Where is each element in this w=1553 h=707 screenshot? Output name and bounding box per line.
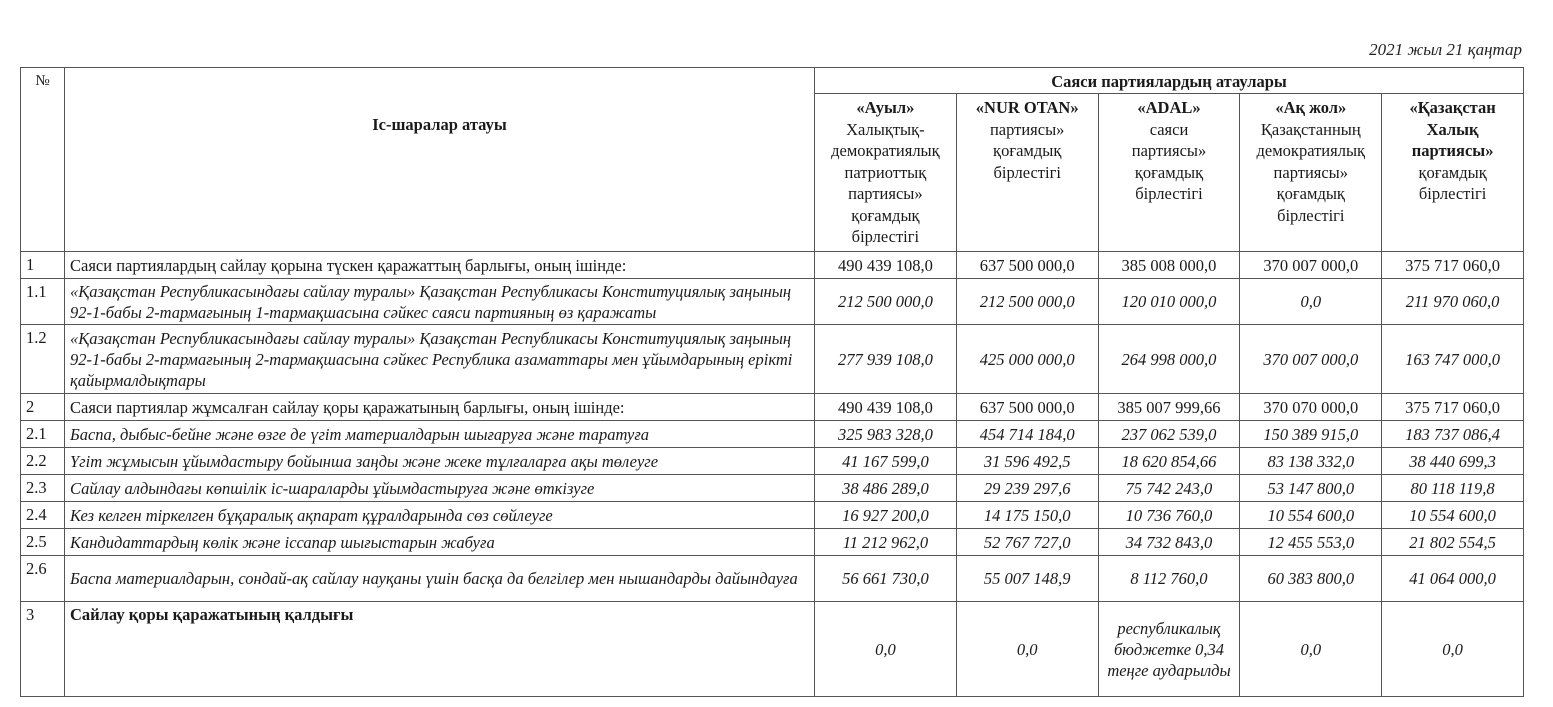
row-value-party-1: 41 167 599,0: [815, 448, 957, 475]
row-value-party-4: 370 007 000,0: [1240, 325, 1382, 394]
row-value-party-3: 10 736 760,0: [1098, 502, 1240, 529]
row-number: 2.5: [21, 529, 65, 556]
table-row: 1Саяси партиялардың сайлау қорына түскен…: [21, 252, 1524, 279]
party-name-line: қоғамдық: [1387, 162, 1518, 184]
row-number: 2.1: [21, 421, 65, 448]
row-number: 1.2: [21, 325, 65, 394]
row-value-party-4: 60 383 800,0: [1240, 556, 1382, 602]
row-value-party-5: 38 440 699,3: [1382, 448, 1524, 475]
row-value-party-3: 120 010 000,0: [1098, 279, 1240, 325]
table-row: 2.5Кандидаттардың көлік және іссапар шығ…: [21, 529, 1524, 556]
header-activity-name: Іс-шаралар атауы: [65, 68, 815, 252]
row-value-party-1: 490 439 108,0: [815, 252, 957, 279]
row-value-party-4: 83 138 332,0: [1240, 448, 1382, 475]
row-activity-name: «Қазақстан Республикасындағы сайлау тура…: [65, 279, 815, 325]
party-name-line: партиясы»: [1245, 162, 1376, 184]
row-value-party-5: 80 118 119,8: [1382, 475, 1524, 502]
row-value-party-3: 237 062 539,0: [1098, 421, 1240, 448]
row-number: 1.1: [21, 279, 65, 325]
party-name-bold: «Қазақстан: [1387, 97, 1518, 119]
row-activity-name: Сайлау қоры қаражатының қалдығы: [65, 602, 815, 697]
row-value-party-3: 75 742 243,0: [1098, 475, 1240, 502]
row-value-party-1: 56 661 730,0: [815, 556, 957, 602]
row-value-party-5: 211 970 060,0: [1382, 279, 1524, 325]
row-value-party-5: 375 717 060,0: [1382, 394, 1524, 421]
row-value-party-4: 0,0: [1240, 279, 1382, 325]
row-value-party-3: 34 732 843,0: [1098, 529, 1240, 556]
row-value-party-5: 163 747 000,0: [1382, 325, 1524, 394]
row-value-party-2: 55 007 148,9: [956, 556, 1098, 602]
row-value-party-5: 0,0: [1382, 602, 1524, 697]
row-activity-name: Кандидаттардың көлік және іссапар шығыст…: [65, 529, 815, 556]
party-name-line: партиясы»: [1104, 140, 1235, 162]
header-party-1: «Ауыл»Халықтық-демократиялықпатриоттықпа…: [815, 94, 957, 252]
party-name-bold: «Ауыл»: [820, 97, 951, 119]
row-value-party-2: 637 500 000,0: [956, 394, 1098, 421]
row-value-party-4: 150 389 915,0: [1240, 421, 1382, 448]
row-value-party-2: 454 714 184,0: [956, 421, 1098, 448]
row-value-party-1: 16 927 200,0: [815, 502, 957, 529]
row-activity-name: Кез келген тіркелген бұқаралық ақпарат қ…: [65, 502, 815, 529]
row-value-party-4: 10 554 600,0: [1240, 502, 1382, 529]
row-value-party-2: 14 175 150,0: [956, 502, 1098, 529]
party-name-line: қоғамдық: [820, 205, 951, 227]
row-activity-name: Үгіт жұмысын ұйымдастыру бойынша заңды ж…: [65, 448, 815, 475]
row-activity-name: Саяси партиялар жұмсалған сайлау қоры қа…: [65, 394, 815, 421]
party-name-line: демократиялық: [820, 140, 951, 162]
row-activity-name: Саяси партиялардың сайлау қорына түскен …: [65, 252, 815, 279]
row-value-party-1: 277 939 108,0: [815, 325, 957, 394]
row-value-party-1: 38 486 289,0: [815, 475, 957, 502]
party-name-bold: партиясы»: [1387, 140, 1518, 162]
party-name-line: бірлестігі: [820, 226, 951, 248]
row-value-party-3: 385 007 999,66: [1098, 394, 1240, 421]
header-party-5: «ҚазақстанХалықпартиясы»қоғамдықбірлесті…: [1382, 94, 1524, 252]
party-name-line: Қазақстанның: [1245, 119, 1376, 141]
table-row: 2.6Баспа материалдарын, сондай-ақ сайлау…: [21, 556, 1524, 602]
row-value-party-1: 11 212 962,0: [815, 529, 957, 556]
party-name-line: қоғамдық: [962, 140, 1093, 162]
party-name-bold: «ADAL»: [1104, 97, 1235, 119]
row-value-party-5: 10 554 600,0: [1382, 502, 1524, 529]
party-name-line: бірлестігі: [1104, 183, 1235, 205]
row-value-party-4: 370 070 000,0: [1240, 394, 1382, 421]
row-value-party-4: 0,0: [1240, 602, 1382, 697]
row-value-party-3: 8 112 760,0: [1098, 556, 1240, 602]
row-value-party-2: 425 000 000,0: [956, 325, 1098, 394]
table-row: 2.2Үгіт жұмысын ұйымдастыру бойынша заңд…: [21, 448, 1524, 475]
row-number: 3: [21, 602, 65, 697]
row-value-party-2: 212 500 000,0: [956, 279, 1098, 325]
row-value-party-2: 52 767 727,0: [956, 529, 1098, 556]
row-activity-name: Баспа, дыбыс-бейне және өзге де үгіт мат…: [65, 421, 815, 448]
party-name-bold: Халық: [1387, 119, 1518, 141]
table-row: 2.3Сайлау алдындағы көпшілік іс-шаралард…: [21, 475, 1524, 502]
party-name-bold: «NUR OTAN»: [962, 97, 1093, 119]
row-value-party-4: 53 147 800,0: [1240, 475, 1382, 502]
row-value-party-3: 385 008 000,0: [1098, 252, 1240, 279]
row-value-party-1: 212 500 000,0: [815, 279, 957, 325]
table-row: 1.1«Қазақстан Республикасындағы сайлау т…: [21, 279, 1524, 325]
row-value-party-5: 41 064 000,0: [1382, 556, 1524, 602]
row-number: 2.4: [21, 502, 65, 529]
party-name-line: патриоттық: [820, 162, 951, 184]
party-name-line: Халықтық-: [820, 119, 951, 141]
table-row: 1.2«Қазақстан Республикасындағы сайлау т…: [21, 325, 1524, 394]
row-activity-name: «Қазақстан Республикасындағы сайлау тура…: [65, 325, 815, 394]
row-value-party-1: 0,0: [815, 602, 957, 697]
row-value-party-4: 12 455 553,0: [1240, 529, 1382, 556]
election-fund-report-table: № Іс-шаралар атауы Саяси партиялардың ат…: [20, 67, 1524, 697]
row-value-party-2: 31 596 492,5: [956, 448, 1098, 475]
row-value-party-4: 370 007 000,0: [1240, 252, 1382, 279]
row-number: 2: [21, 394, 65, 421]
table-row: 2Саяси партиялар жұмсалған сайлау қоры қ…: [21, 394, 1524, 421]
row-number: 2.2: [21, 448, 65, 475]
row-value-party-2: 0,0: [956, 602, 1098, 697]
party-name-line: бірлестігі: [1387, 183, 1518, 205]
row-value-party-1: 490 439 108,0: [815, 394, 957, 421]
header-party-2: «NUR OTAN»партиясы»қоғамдықбірлестігі: [956, 94, 1098, 252]
row-value-party-5: 375 717 060,0: [1382, 252, 1524, 279]
header-party-names-group: Саяси партиялардың атаулары: [815, 68, 1524, 94]
table-row: 2.4Кез келген тіркелген бұқаралық ақпара…: [21, 502, 1524, 529]
table-row: 2.1Баспа, дыбыс-бейне және өзге де үгіт …: [21, 421, 1524, 448]
row-value-party-3: 18 620 854,66: [1098, 448, 1240, 475]
row-value-party-5: 21 802 554,5: [1382, 529, 1524, 556]
party-name-line: саяси: [1104, 119, 1235, 141]
row-activity-name: Сайлау алдындағы көпшілік іс-шараларды ұ…: [65, 475, 815, 502]
party-name-line: бірлестігі: [1245, 205, 1376, 227]
row-value-party-5: 183 737 086,4: [1382, 421, 1524, 448]
row-number: 1: [21, 252, 65, 279]
row-value-party-1: 325 983 328,0: [815, 421, 957, 448]
table-row: 3Сайлау қоры қаражатының қалдығы0,00,0ре…: [21, 602, 1524, 697]
row-activity-name: Баспа материалдарын, сондай-ақ сайлау на…: [65, 556, 815, 602]
party-name-bold: «Ақ жол»: [1245, 97, 1376, 119]
header-number: №: [21, 68, 65, 252]
header-party-3: «ADAL»саясипартиясы»қоғамдықбірлестігі: [1098, 94, 1240, 252]
row-value-party-2: 637 500 000,0: [956, 252, 1098, 279]
row-value-party-2: 29 239 297,6: [956, 475, 1098, 502]
row-number: 2.6: [21, 556, 65, 602]
party-name-line: демократиялық: [1245, 140, 1376, 162]
party-name-line: бірлестігі: [962, 162, 1093, 184]
row-value-party-3: 264 998 000,0: [1098, 325, 1240, 394]
party-name-line: қоғамдық: [1104, 162, 1235, 184]
document-date: 2021 жыл 21 қаңтар: [1369, 40, 1522, 60]
header-party-4: «Ақ жол»Қазақстанныңдемократиялықпартияс…: [1240, 94, 1382, 252]
row-number: 2.3: [21, 475, 65, 502]
party-name-line: партиясы»: [962, 119, 1093, 141]
row-value-party-3: республикалық бюджетке 0,34 теңге аудары…: [1098, 602, 1240, 697]
party-name-line: партиясы»: [820, 183, 951, 205]
party-name-line: қоғамдық: [1245, 183, 1376, 205]
